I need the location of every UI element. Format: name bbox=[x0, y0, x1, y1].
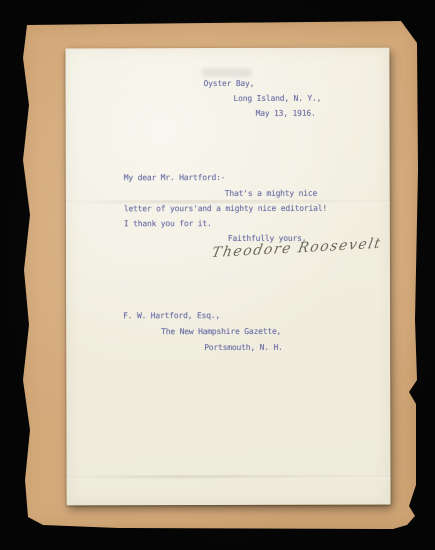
dateline-city: Oyster Bay, bbox=[203, 79, 254, 88]
dateline-date: May 13, 1916. bbox=[256, 109, 316, 118]
body-line-3: I thank you for it. bbox=[124, 219, 212, 228]
body-line-1: That's a mighty nice bbox=[225, 189, 317, 198]
dateline: Oyster Bay, Long Island, N. Y., May 13, … bbox=[65, 48, 389, 49]
letter-body: That's a mighty nice letter of yours'and… bbox=[65, 48, 389, 49]
recipient-city: Portsmouth, N. H. bbox=[204, 343, 283, 352]
fold-crease-lower bbox=[67, 475, 391, 480]
recipient-org: The New Hampshire Gazette, bbox=[161, 327, 281, 336]
recipient-address: F. W. Hartford, Esq., The New Hampshire … bbox=[65, 48, 389, 49]
recipient-name: F. W. Hartford, Esq., bbox=[123, 311, 220, 320]
photo-background: Oyster Bay, Long Island, N. Y., May 13, … bbox=[0, 0, 435, 550]
erased-smudge bbox=[201, 68, 251, 77]
body-line-2: letter of yours'and a mighty nice editor… bbox=[124, 204, 327, 214]
salutation-line: My dear Mr. Hartford:- bbox=[124, 173, 226, 182]
dateline-region: Long Island, N. Y., bbox=[234, 94, 322, 103]
letter-paper: Oyster Bay, Long Island, N. Y., May 13, … bbox=[65, 48, 390, 506]
